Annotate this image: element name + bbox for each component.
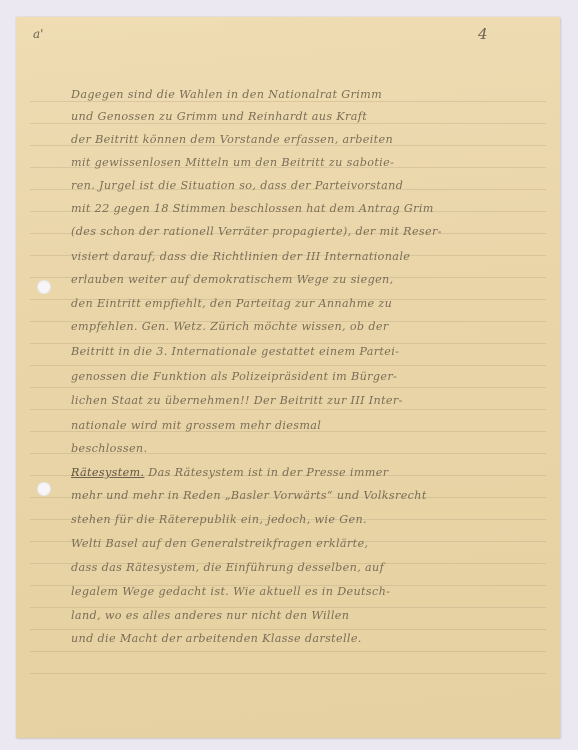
text-line-11: empfehlen. Gen. Wetz. Zürich möchte wiss…	[71, 320, 541, 333]
text-line-4: mit gewissenlosen Mitteln um den Beitrit…	[71, 156, 541, 169]
page-number: 4	[478, 25, 488, 43]
ruled-line	[30, 673, 546, 674]
text-line-22: legalem Wege gedacht ist. Wie aktuell es…	[71, 585, 541, 598]
ruled-line	[30, 343, 546, 344]
ruled-line	[30, 651, 546, 652]
punch-hole	[37, 280, 51, 294]
text-line-14: lichen Staat zu übernehmen!! Der Beitrit…	[71, 394, 541, 407]
text-line-8: visiert darauf, dass die Richtlinien der…	[71, 250, 541, 263]
section-heading-raetesystem: Rätesystem.	[71, 466, 144, 479]
ruled-line	[30, 409, 546, 410]
text-line-24: und die Macht der arbeitenden Klasse dar…	[71, 632, 541, 645]
text-line-19: stehen für die Räterepublik ein, jedoch,…	[71, 513, 541, 526]
text-line-9: erlauben weiter auf demokratischem Wege …	[71, 273, 541, 286]
text-line-10: den Eintritt empfiehlt, den Parteitag zu…	[71, 297, 541, 310]
ruled-line	[30, 365, 546, 366]
corner-mark-left: a'	[33, 27, 43, 41]
text-line-5: ren. Jurgel ist die Situation so, dass d…	[71, 179, 541, 192]
text-line-13: genossen die Funktion als Polizeipräside…	[71, 370, 541, 383]
punch-hole	[37, 482, 51, 496]
text-line-2: und Genossen zu Grimm und Reinhardt aus …	[71, 110, 541, 123]
ruled-line	[30, 607, 546, 608]
ruled-line	[30, 101, 546, 102]
ruled-line	[30, 629, 546, 630]
text-line-23: land, wo es alles anderes nur nicht den …	[71, 609, 541, 622]
text-line-3: der Beitritt können dem Vorstande erfass…	[71, 133, 541, 146]
text-line-21: dass das Rätesystem, die Einführung dess…	[71, 561, 541, 574]
text-line-17-heading: Rätesystem. Das Rätesystem ist in der Pr…	[71, 466, 541, 479]
text-line-20: Welti Basel auf den Generalstreikfragen …	[71, 537, 541, 550]
text-line-12: Beitritt in die 3. Internationale gestat…	[71, 345, 541, 358]
text-line-18: mehr und mehr in Reden „Basler Vorwärts“…	[71, 489, 541, 502]
text-line-6: mit 22 gegen 18 Stimmen beschlossen hat …	[71, 202, 541, 215]
text-line-16: beschlossen.	[71, 442, 541, 455]
text-line-15: nationale wird mit grossem mehr diesmal	[71, 419, 541, 432]
ruled-line	[30, 123, 546, 124]
text-line-1: Dagegen sind die Wahlen in den Nationalr…	[71, 88, 541, 101]
ruled-line	[30, 387, 546, 388]
text-line-7: (des schon der rationell Verräter propag…	[71, 225, 541, 238]
